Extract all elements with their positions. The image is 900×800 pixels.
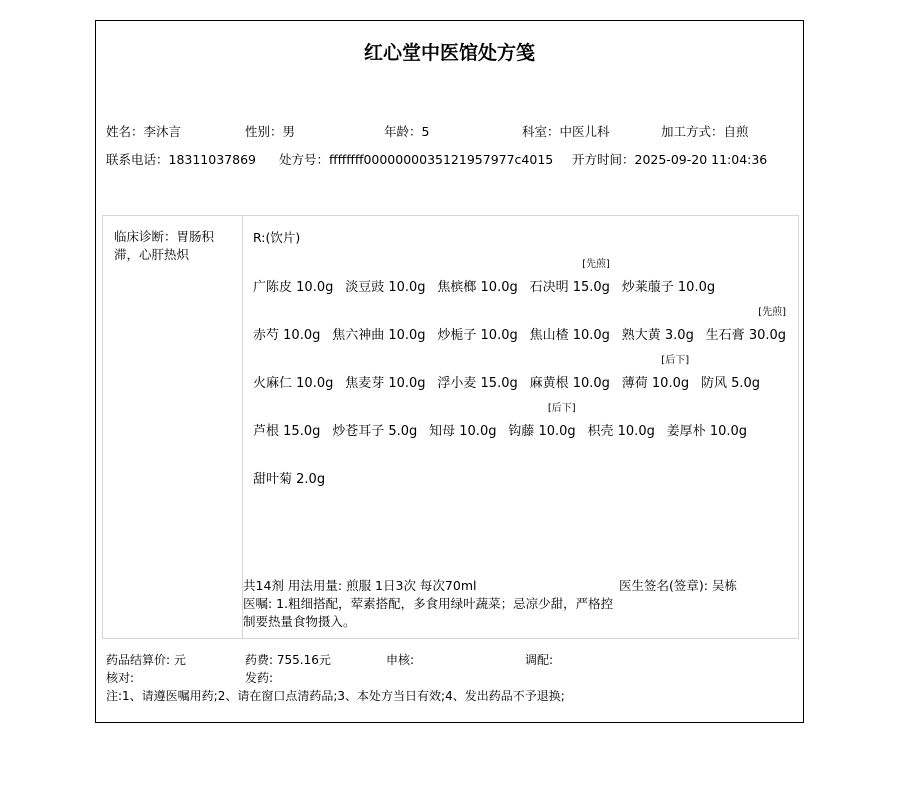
herb-item: 淡豆豉 10.0g bbox=[345, 276, 425, 295]
herb-item: 知母 10.0g bbox=[429, 420, 496, 439]
herb-item: 浮小麦 15.0g bbox=[437, 372, 517, 391]
herb-item: 甜叶菊 2.0g bbox=[253, 468, 325, 487]
patient-gender: 性别：男 bbox=[245, 122, 295, 140]
page-title: 红心堂中医馆处方笺 bbox=[96, 38, 803, 65]
contact-info-row: 联系电话：18311037869 处方号：ffffffff00000000351… bbox=[106, 150, 793, 168]
drug-fee: 药费: 755.16元 bbox=[245, 651, 331, 668]
herb-item: 焦六神曲 10.0g bbox=[332, 324, 425, 343]
herb-line-3: 火麻仁 10.0g 焦麦芽 10.0g 浮小麦 15.0g 麻黄根 10.0g … bbox=[253, 372, 768, 412]
herb-line-1: 广陈皮 10.0g 淡豆豉 10.0g 焦槟榔 10.0g [先煎]石决明 15… bbox=[253, 276, 723, 316]
footer-row-2: 核对: 发药: bbox=[106, 669, 793, 687]
doctor-signature: 医生签名(签章): 吴栋 bbox=[619, 576, 737, 594]
herb-item: 芦根 15.0g bbox=[253, 420, 320, 439]
herb-note: [先煎] bbox=[582, 255, 610, 270]
herb-note: [后下] bbox=[548, 399, 576, 414]
patient-name: 姓名：李沐言 bbox=[106, 122, 181, 140]
herb-item: 焦麦芽 10.0g bbox=[345, 372, 425, 391]
herb-item: 防风 5.0g bbox=[701, 372, 760, 391]
prescription-sheet: 红心堂中医馆处方笺 姓名：李沐言 性别：男 年龄：5 科室：中医儿科 加工方式：… bbox=[95, 20, 804, 723]
herb-line-4: 芦根 15.0g 炒苍耳子 5.0g 知母 10.0g [后下]钩藤 10.0g… bbox=[253, 420, 755, 460]
issue-drug: 发药: bbox=[245, 669, 273, 686]
herb-line-2: 赤芍 10.0g 焦六神曲 10.0g 炒栀子 10.0g 焦山楂 10.0g … bbox=[253, 324, 794, 364]
herb-item: 麻黄根 10.0g bbox=[530, 372, 610, 391]
herb-item: 焦槟榔 10.0g bbox=[437, 276, 517, 295]
usage-dosage: 共14剂 用法用量: 煎服 1日3次 每次70ml bbox=[243, 576, 476, 594]
patient-age: 年龄：5 bbox=[384, 122, 429, 140]
dispense-prep: 调配: bbox=[525, 651, 553, 668]
footer-row-1: 药品结算价: 元 药费: 755.16元 申核: 调配: bbox=[106, 651, 793, 669]
rx-area: R:(饮片) 广陈皮 10.0g 淡豆豉 10.0g 焦槟榔 10.0g [先煎… bbox=[243, 216, 798, 638]
department: 科室：中医儿科 bbox=[522, 122, 610, 140]
prescription-number: 处方号：ffffffff0000000035121957977c4015 bbox=[279, 150, 553, 168]
footer-notes: 注:1、请遵医嘱用药;2、请在窗口点清药品;3、本处方当日有效;4、发出药品不予… bbox=[106, 687, 793, 705]
herb-item: 赤芍 10.0g bbox=[253, 324, 320, 343]
check: 核对: bbox=[106, 669, 134, 686]
settlement-price: 药品结算价: 元 bbox=[106, 651, 186, 668]
herb-note: [先煎] bbox=[758, 303, 786, 318]
review: 申核: bbox=[386, 651, 414, 668]
herb-item: 广陈皮 10.0g bbox=[253, 276, 333, 295]
herb-item: 炒栀子 10.0g bbox=[437, 324, 517, 343]
herb-item: 炒莱菔子 10.0g bbox=[622, 276, 715, 295]
herb-item: 熟大黄 3.0g bbox=[622, 324, 694, 343]
herb-item: [先煎]石决明 15.0g bbox=[530, 276, 610, 295]
processing-method: 加工方式：自煎 bbox=[661, 122, 749, 140]
notes-text: 注:1、请遵医嘱用药;2、请在窗口点清药品;3、本处方当日有效;4、发出药品不予… bbox=[106, 687, 565, 704]
clinical-diagnosis: 临床诊断：胃肠积滞，心肝热炽 bbox=[103, 216, 243, 638]
herb-item: 姜厚朴 10.0g bbox=[667, 420, 747, 439]
herb-item: [后下]薄荷 10.0g bbox=[622, 372, 689, 391]
herb-line-5: 甜叶菊 2.0g bbox=[253, 468, 333, 508]
patient-info-row: 姓名：李沐言 性别：男 年龄：5 科室：中医儿科 加工方式：自煎 bbox=[106, 122, 793, 140]
herb-note: [后下] bbox=[661, 351, 689, 366]
issue-time: 开方时间：2025-09-20 11:04:36 bbox=[572, 150, 767, 168]
herb-item: [先煎]生石膏 30.0g bbox=[706, 324, 786, 343]
medical-advice: 医嘱: 1.粗细搭配，荤素搭配，多食用绿叶蔬菜；忌凉少甜，严格控制要热量食物摄入… bbox=[243, 595, 623, 631]
herb-item: 炒苍耳子 5.0g bbox=[332, 420, 417, 439]
rx-label: R:(饮片) bbox=[253, 228, 300, 246]
prescription-box: 临床诊断：胃肠积滞，心肝热炽 R:(饮片) 广陈皮 10.0g 淡豆豉 10.0… bbox=[102, 215, 799, 639]
phone-number: 联系电话：18311037869 bbox=[106, 150, 256, 168]
herb-item: 焦山楂 10.0g bbox=[530, 324, 610, 343]
herb-item: 枳壳 10.0g bbox=[587, 420, 654, 439]
herb-item: 火麻仁 10.0g bbox=[253, 372, 333, 391]
herb-item: [后下]钩藤 10.0g bbox=[508, 420, 575, 439]
